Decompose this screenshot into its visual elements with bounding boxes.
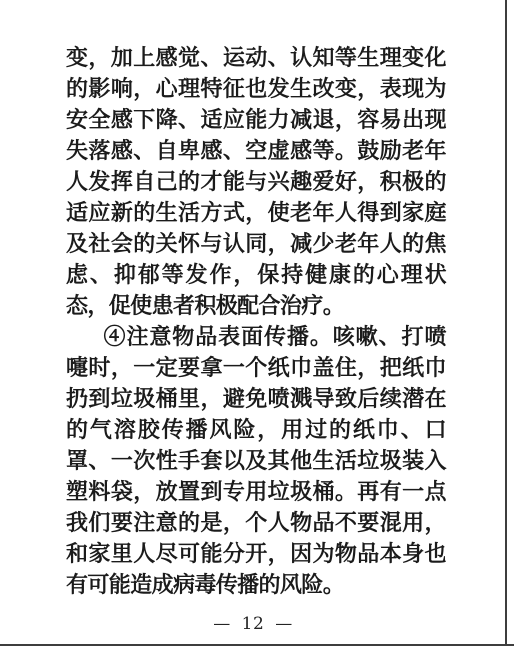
glyph: ， (88, 47, 109, 69)
glyph: ， (425, 512, 446, 534)
glyph: 可 (87, 574, 108, 596)
glyph: 、 (90, 264, 111, 286)
glyph: 性 (156, 450, 177, 472)
glyph: 征 (223, 78, 244, 100)
glyph: 关 (156, 233, 177, 255)
glyph: 变 (402, 47, 423, 69)
glyph: 年 (425, 140, 446, 162)
glyph: 。 (323, 295, 344, 317)
text-line: 的影响，心理特征也发生改变，表现为 (66, 73, 446, 104)
glyph: 、 (223, 140, 244, 162)
glyph: 物 (335, 543, 356, 565)
glyph: 置 (178, 481, 199, 503)
glyph: 垃 (268, 481, 289, 503)
text-line: 虑、抑郁等发作，保持健康的心理状 (66, 259, 446, 290)
glyph: 认 (290, 47, 311, 69)
glyph: 致 (335, 388, 356, 410)
glyph: 抑 (114, 264, 135, 286)
glyph: ， (111, 357, 132, 379)
glyph: ， (357, 171, 378, 193)
glyph: 的 (425, 171, 446, 193)
glyph: 点 (425, 481, 446, 503)
glyph: 安 (66, 109, 87, 131)
glyph: 、 (401, 419, 422, 441)
glyph: 积 (194, 295, 215, 317)
glyph: 专 (223, 481, 244, 503)
glyph: 易 (380, 109, 401, 131)
glyph: 、 (200, 47, 221, 69)
glyph: 面 (241, 326, 262, 348)
glyph: 应 (88, 202, 109, 224)
glyph: 适 (200, 109, 221, 131)
glyph: ， (223, 512, 244, 534)
glyph: 疗 (301, 295, 322, 317)
glyph: 活 (335, 450, 356, 472)
glyph: 混 (380, 512, 401, 534)
glyph: 潜 (402, 388, 423, 410)
glyph: 现 (402, 78, 423, 100)
glyph: 开 (245, 543, 266, 565)
glyph: 可 (178, 543, 199, 565)
glyph: 能 (245, 109, 266, 131)
glyph: 打 (402, 326, 423, 348)
glyph: 过 (305, 419, 326, 441)
glyph: 特 (200, 78, 221, 100)
glyph: ④ (104, 326, 125, 348)
glyph: 播 (186, 419, 207, 441)
text-line: 塑料袋，放置到专用垃圾桶。再有一点 (66, 476, 446, 507)
glyph: 尽 (156, 543, 177, 565)
glyph: 感 (111, 140, 132, 162)
text-line: 失落感、自卑感、空虚感等。鼓励老年 (66, 135, 446, 166)
glyph: 兴 (268, 171, 289, 193)
glyph: 料 (88, 481, 109, 503)
glyph: 加 (111, 47, 132, 69)
glyph: 、 (379, 326, 400, 348)
glyph: 到 (88, 388, 109, 410)
glyph: 袋 (111, 481, 132, 503)
glyph: 以 (223, 450, 244, 472)
glyph: 力 (268, 109, 289, 131)
glyph: 生 (312, 450, 333, 472)
glyph: 物 (290, 512, 311, 534)
glyph: 时 (88, 357, 109, 379)
glyph: 的 (259, 574, 280, 596)
glyph: 态 (66, 295, 87, 317)
glyph: 有 (66, 574, 87, 596)
glyph: 感 (290, 140, 311, 162)
glyph: 励 (380, 140, 401, 162)
glyph: 能 (223, 171, 244, 193)
glyph: 人 (268, 512, 289, 534)
glyph: 。 (310, 326, 331, 348)
glyph: 化 (425, 47, 446, 69)
glyph: 因 (290, 543, 311, 565)
glyph: 新 (111, 202, 132, 224)
glyph: 康 (329, 264, 350, 286)
glyph: 发 (186, 264, 207, 286)
glyph: 一 (133, 357, 154, 379)
glyph: 手 (178, 450, 199, 472)
glyph: 罩 (66, 450, 87, 472)
glyph: 毒 (194, 574, 215, 596)
glyph: 放 (156, 481, 177, 503)
glyph: ， (357, 78, 378, 100)
glyph: 人 (335, 202, 356, 224)
glyph: 减 (290, 233, 311, 255)
glyph: 生 (290, 78, 311, 100)
glyph: 纸 (268, 357, 289, 379)
glyph: ， (335, 109, 356, 131)
glyph: ， (268, 543, 289, 565)
glyph: 到 (380, 202, 401, 224)
glyph: 塑 (66, 481, 87, 503)
glyph: 能 (109, 574, 130, 596)
glyph: ， (257, 419, 278, 441)
glyph: 心 (156, 78, 177, 100)
glyph: 喷 (424, 326, 445, 348)
glyph: 是 (200, 512, 221, 534)
glyph: 治 (280, 295, 301, 317)
scan-edge-right-line (505, 0, 507, 646)
glyph: 再 (357, 481, 378, 503)
glyph: 里 (111, 543, 132, 565)
glyph: 理 (178, 78, 199, 100)
glyph: 胶 (138, 419, 159, 441)
paragraph-indent (66, 336, 102, 337)
glyph: 造 (130, 574, 151, 596)
glyph: 动 (245, 47, 266, 69)
page-number: — 12 — (0, 614, 506, 634)
glyph: ， (133, 78, 154, 100)
glyph: 、 (133, 140, 154, 162)
glyph: 定 (156, 357, 177, 379)
glyph: 变 (66, 47, 87, 69)
glyph: ， (245, 202, 266, 224)
glyph: 生 (156, 202, 177, 224)
glyph: 圾 (133, 388, 154, 410)
glyph: 的 (66, 78, 87, 100)
glyph: 使 (268, 202, 289, 224)
text-line: 罩、一次性手套以及其他生活垃圾装入 (66, 445, 446, 476)
glyph: 全 (88, 109, 109, 131)
glyph: 趣 (290, 171, 311, 193)
glyph: 同 (245, 233, 266, 255)
glyph: 极 (216, 295, 237, 317)
glyph: 嗽 (356, 326, 377, 348)
glyph: 他 (290, 450, 311, 472)
glyph: 播 (287, 326, 308, 348)
glyph: 能 (200, 543, 221, 565)
glyph: 续 (380, 388, 401, 410)
text-line: 人发挥自己的才能与兴趣爱好，积极的 (66, 166, 446, 197)
glyph: 成 (152, 574, 173, 596)
glyph: 巾 (425, 357, 446, 379)
text-line: 适应新的生活方式，使老年人得到家庭 (66, 197, 446, 228)
glyph: 险 (301, 574, 322, 596)
glyph: 响 (111, 78, 132, 100)
text-line: 我们要注意的是，个人物品不要混用， (66, 507, 446, 538)
glyph: 影 (88, 78, 109, 100)
glyph: 桶 (156, 388, 177, 410)
glyph: 运 (223, 47, 244, 69)
glyph: 病 (173, 574, 194, 596)
glyph: ， (233, 264, 254, 286)
glyph: 得 (357, 202, 378, 224)
glyph: 个 (245, 512, 266, 534)
text-line: 和家里人尽可能分开，因为物品本身也 (66, 538, 446, 569)
glyph: 表 (380, 78, 401, 100)
glyph: 好 (335, 171, 356, 193)
glyph: 人 (66, 171, 87, 193)
text-line: 变，加上感觉、运动、认知等生理变化 (66, 42, 446, 73)
glyph: 郁 (138, 264, 159, 286)
glyph: 巾 (290, 357, 311, 379)
text-line: 及社会的关怀与认同，减少老年人的焦 (66, 228, 446, 259)
glyph: 为 (425, 78, 446, 100)
glyph: 感 (156, 47, 177, 69)
glyph: 身 (402, 543, 423, 565)
text-line: 态，促使患者积极配合治疗。 (66, 290, 446, 321)
glyph: 状 (425, 264, 446, 286)
glyph: 失 (66, 140, 87, 162)
glyph: 促 (109, 295, 130, 317)
glyph: 虑 (66, 264, 87, 286)
glyph: 与 (200, 233, 221, 255)
glyph: 用 (245, 481, 266, 503)
glyph: ， (133, 481, 154, 503)
glyph: 装 (402, 450, 423, 472)
glyph: 溶 (114, 419, 135, 441)
glyph: ， (200, 388, 221, 410)
glyph: 变 (335, 78, 356, 100)
glyph: 圾 (290, 481, 311, 503)
glyph: 的 (329, 419, 350, 441)
glyph: 才 (200, 171, 221, 193)
glyph: ， (357, 357, 378, 379)
glyph: 一 (223, 357, 244, 379)
glyph: 年 (312, 202, 333, 224)
glyph: 感 (111, 109, 132, 131)
glyph: 降 (156, 109, 177, 131)
glyph: 和 (66, 543, 87, 565)
glyph: 一 (111, 450, 132, 472)
glyph: 传 (162, 419, 183, 441)
glyph: 鼓 (357, 140, 378, 162)
glyph: 心 (377, 264, 398, 286)
glyph: 传 (264, 326, 285, 348)
glyph: 的 (178, 171, 199, 193)
glyph: 下 (133, 109, 154, 131)
glyph: 品 (312, 512, 333, 534)
glyph: 纸 (353, 419, 374, 441)
glyph: 口 (425, 419, 446, 441)
glyph: 合 (259, 295, 280, 317)
glyph: 后 (357, 388, 378, 410)
glyph: 庭 (425, 202, 446, 224)
glyph: 住 (335, 357, 356, 379)
glyph: 拿 (200, 357, 221, 379)
glyph: 为 (312, 543, 333, 565)
glyph: 等 (335, 47, 356, 69)
glyph: 焦 (425, 233, 446, 255)
glyph: 老 (290, 202, 311, 224)
text-line: 扔到垃圾桶里，避免喷溅导致后续潜在 (66, 383, 446, 414)
glyph: 有 (380, 481, 401, 503)
glyph: 。 (335, 140, 356, 162)
glyph: 传 (216, 574, 237, 596)
text-line: ④注意物品表面传播。咳嗽、打喷 (66, 321, 446, 352)
glyph: 表 (218, 326, 239, 348)
glyph: 纸 (402, 357, 423, 379)
glyph: 险 (233, 419, 254, 441)
glyph: 嚏 (66, 357, 87, 379)
glyph: 意 (149, 326, 170, 348)
glyph: 也 (425, 543, 446, 565)
glyph: 入 (425, 450, 446, 472)
glyph: 活 (178, 202, 199, 224)
glyph: 导 (312, 388, 333, 410)
glyph: 知 (312, 47, 333, 69)
glyph: 人 (380, 233, 401, 255)
glyph: 桶 (312, 481, 333, 503)
document-page: 变，加上感觉、运动、认知等生理变化的影响，心理特征也发生改变，表现为安全感下降、… (0, 0, 514, 646)
glyph: 生 (357, 47, 378, 69)
glyph: 一 (402, 481, 423, 503)
glyph: 年 (357, 233, 378, 255)
glyph: 自 (133, 171, 154, 193)
glyph: 患 (152, 295, 173, 317)
glyph: 理 (401, 264, 422, 286)
glyph: 发 (268, 78, 289, 100)
glyph: 怀 (178, 233, 199, 255)
text-line: 安全感下降、适应能力减退，容易出现 (66, 104, 446, 135)
glyph: 分 (223, 543, 244, 565)
glyph: 人 (133, 543, 154, 565)
glyph: 感 (200, 140, 221, 162)
glyph: 与 (245, 171, 266, 193)
glyph: 巾 (377, 419, 398, 441)
glyph: 持 (281, 264, 302, 286)
glyph: 会 (111, 233, 132, 255)
glyph: 播 (237, 574, 258, 596)
glyph: 及 (245, 450, 266, 472)
glyph: 极 (402, 171, 423, 193)
glyph: 、 (88, 450, 109, 472)
glyph: 风 (280, 574, 301, 596)
glyph: 圾 (380, 450, 401, 472)
glyph: 减 (290, 109, 311, 131)
glyph: 咳 (333, 326, 354, 348)
glyph: 等 (312, 140, 333, 162)
glyph: 积 (380, 171, 401, 193)
glyph: 品 (195, 326, 216, 348)
glyph: 用 (402, 512, 423, 534)
glyph: 次 (133, 450, 154, 472)
body-text: 变，加上感觉、运动、认知等生理变化的影响，心理特征也发生改变，表现为安全感下降、… (66, 42, 446, 600)
glyph: 套 (200, 450, 221, 472)
glyph: 改 (312, 78, 333, 100)
glyph: 。 (323, 574, 344, 596)
glyph: 及 (66, 233, 87, 255)
glyph: 。 (335, 481, 356, 503)
glyph: 应 (223, 109, 244, 131)
glyph: 盖 (312, 357, 333, 379)
text-line: 嚏时，一定要拿一个纸巾盖住，把纸巾 (66, 352, 446, 383)
glyph: 垃 (111, 388, 132, 410)
glyph: 用 (281, 419, 302, 441)
glyph: 适 (66, 202, 87, 224)
glyph: 健 (305, 264, 326, 286)
glyph: 家 (402, 202, 423, 224)
glyph: 方 (200, 202, 221, 224)
glyph: 觉 (178, 47, 199, 69)
glyph: 使 (130, 295, 151, 317)
glyph: 的 (66, 419, 87, 441)
glyph: 落 (88, 140, 109, 162)
glyph: 的 (133, 202, 154, 224)
glyph: 老 (335, 233, 356, 255)
glyph: 家 (88, 543, 109, 565)
glyph: ， (268, 233, 289, 255)
glyph: 卑 (178, 140, 199, 162)
glyph: 式 (223, 202, 244, 224)
glyph: 老 (402, 140, 423, 162)
glyph: 现 (425, 109, 446, 131)
glyph: 到 (200, 481, 221, 503)
glyph: 配 (237, 295, 258, 317)
glyph: 们 (88, 512, 109, 534)
glyph: 容 (357, 109, 378, 131)
glyph: 自 (156, 140, 177, 162)
glyph: 要 (178, 357, 199, 379)
glyph: 垃 (357, 450, 378, 472)
glyph: 理 (380, 47, 401, 69)
glyph: 注 (126, 326, 147, 348)
glyph: 意 (156, 512, 177, 534)
glyph: 溅 (290, 388, 311, 410)
glyph: 气 (90, 419, 111, 441)
glyph: 我 (66, 512, 87, 534)
glyph: 扔 (66, 388, 87, 410)
glyph: 保 (257, 264, 278, 286)
glyph: 不 (335, 512, 356, 534)
glyph: 喷 (268, 388, 289, 410)
glyph: 本 (380, 543, 401, 565)
glyph: 己 (156, 171, 177, 193)
glyph: 物 (172, 326, 193, 348)
glyph: 退 (312, 109, 333, 131)
glyph: 注 (133, 512, 154, 534)
glyph: 认 (223, 233, 244, 255)
glyph: 爱 (312, 171, 333, 193)
glyph: 品 (357, 543, 378, 565)
text-line: 有可能造成病毒传播的风险。 (66, 569, 446, 600)
glyph: 要 (111, 512, 132, 534)
glyph: 发 (88, 171, 109, 193)
glyph: 少 (312, 233, 333, 255)
glyph: 避 (223, 388, 244, 410)
glyph: 的 (178, 512, 199, 534)
glyph: 个 (245, 357, 266, 379)
glyph: 、 (178, 109, 199, 131)
glyph: 风 (209, 419, 230, 441)
glyph: 的 (133, 233, 154, 255)
glyph: 社 (88, 233, 109, 255)
glyph: 的 (353, 264, 374, 286)
glyph: 上 (133, 47, 154, 69)
glyph: 空 (245, 140, 266, 162)
